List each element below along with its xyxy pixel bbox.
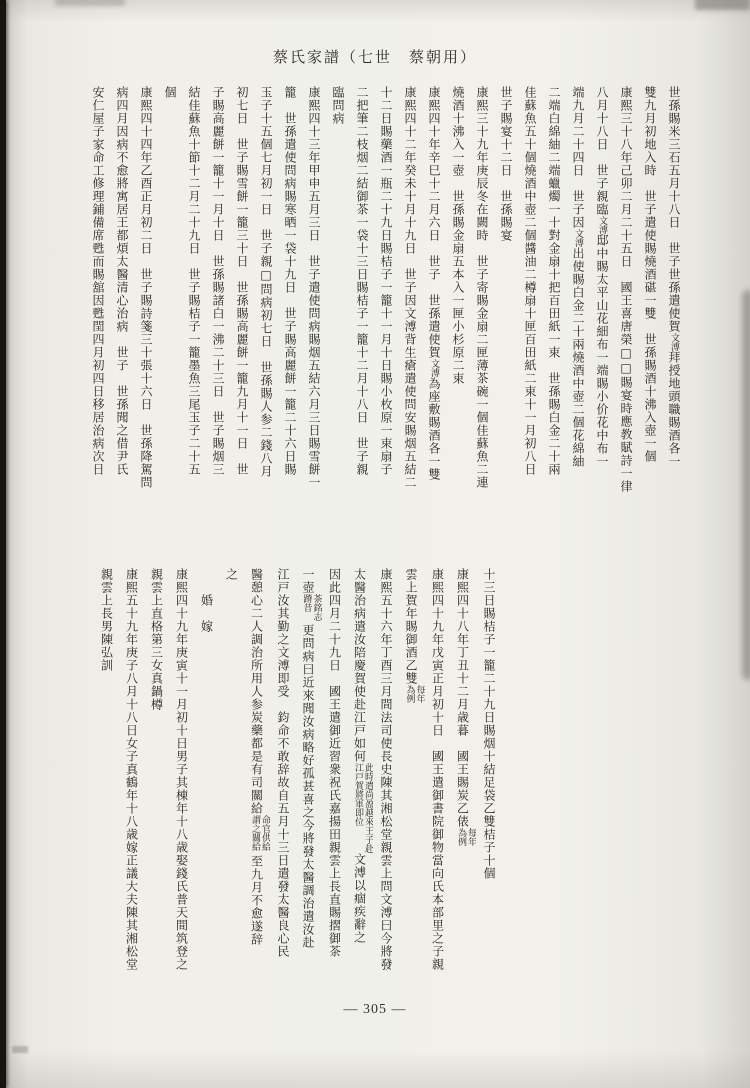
text-run: 十三日賜桔子一籠二十九日賜烟十結足袋乙雙桔子十個 bbox=[482, 568, 496, 880]
text-column: 佳蘇魚五十個燒酒中壺二個醬油二樽扇十匣百田紙二束十一月初八日 bbox=[518, 86, 542, 526]
page-number: — 305 — bbox=[0, 1002, 750, 1018]
text-column: 因此四月二十九日 國王遣御近習衆祝氏嘉揚田親雲上長直賜摺御茶 bbox=[322, 568, 347, 1002]
text-column: 子賜高麗餅一籠十一月十日 世孫賜諸白一沸二十三日 世子賜烟三 bbox=[206, 86, 230, 526]
text-run: 更問病曰近來聞汝病略好孤甚喜之今將發太醫調治遣汝赴 bbox=[301, 624, 315, 949]
text-run: 康熙五十九年庚子八月十八日女子真鶴年十八歳嫁正議大夫陳其湘松堂 bbox=[125, 568, 139, 971]
text-column: 一壺茶銘志蹐昔更問病曰近來聞汝病略好孤甚喜之今將發太醫調治遣汝赴 bbox=[295, 568, 322, 1002]
text-run: 結佳蘇魚十節十二月二十九日 世子賜桔子一籠墨魚三尾玉子二十五 bbox=[187, 86, 201, 476]
text-run: 臨問病 bbox=[331, 86, 345, 125]
text-column: 世子賜宴十二日 世孫賜宴 bbox=[494, 86, 518, 526]
text-run: 親雲上直格第三女真鍋樽 bbox=[150, 568, 164, 711]
text-run: 一壺 bbox=[301, 568, 315, 594]
text-column: 康熙四十年辛巳十二月六日 世子 世孫遣使賀文溥為座敷賜酒各一雙 bbox=[422, 86, 446, 526]
text-column: 江戸汝其勤之文溥即受 鈞命不敢辞故自五月十三日遣發太醫良心民 bbox=[270, 568, 295, 1002]
text-column: 婚 嫁 bbox=[194, 568, 219, 1002]
text-column: 籠 世孫遣使問病賜寒晒一袋十九日 世子賜高麗餅一籠二十六日賜 bbox=[278, 86, 302, 526]
interlinear-name-note: 文溥 bbox=[597, 216, 607, 234]
upper-register: 世孫賜米三石五月十八日 世子世孫遣使賀文溥拜授地頭職賜酒各一雙九月初地入時 世子… bbox=[86, 86, 686, 526]
text-run: 之 bbox=[225, 568, 239, 581]
text-run: 康熙四十九年庚寅十一月初十日男子其棟年十八歳娶錢氏普天間筑登之 bbox=[175, 568, 189, 971]
text-run: 親雲上長男陳弘訓 bbox=[100, 568, 114, 672]
text-run: 文溥以痼疾辭之 bbox=[353, 853, 367, 944]
text-column: 親雲上長男陳弘訓 bbox=[94, 568, 119, 1002]
text-run: 出使賜白金二十兩燒酒中壺二個花綿紬 bbox=[571, 247, 585, 468]
text-column: 太醫治病遣汝陪慶賀使赴江戸如何此時遣尚盈越來王子赴江戸賀將軍即位文溥以痼疾辭之 bbox=[347, 568, 374, 1002]
text-run: 安仁屋子家命工修理鋪備席甦而賜舘因甦閏四月初四日移居治病次日 bbox=[91, 86, 105, 476]
text-column: 康熙四十九年戊寅正月初十日 國王遣御書院御物當向氏本部里之子親 bbox=[425, 568, 450, 1002]
text-column: 初七日 世子賜雪餅一籠三十日 世孫賜高麗餅一籠九月十一日 世 bbox=[230, 86, 254, 526]
text-run: 雙九月初地入時 世子遣使賜燒酒碪一雙 世孫賜酒十沸入壺一個 bbox=[643, 86, 657, 463]
interlinear-name-note: 文溥 bbox=[669, 333, 679, 351]
text-run: 籠 世孫遣使問病賜寒晒一袋十九日 世子賜高麗餅一籠二十六日賜 bbox=[283, 86, 297, 476]
text-column: 醫憩心二人調治所用人参炭藥都是有司關給命官供給謂之關給至九月不愈遂辞 bbox=[244, 568, 271, 1002]
text-column: 臨問病 bbox=[326, 86, 350, 526]
text-column: 康熙五十九年庚子八月十八日女子真鶴年十八歳嫁正議大夫陳其湘松堂 bbox=[119, 568, 144, 1002]
text-column: 親雲上直格第三女真鍋樽 bbox=[144, 568, 169, 1002]
text-run: 燒酒十沸入一壺 世孫賜金扇五本入一匣小杉原二束 bbox=[451, 86, 465, 385]
text-column: 二把筆二枝烟二結御茶一袋十三日賜桔子一籠十二月十八日 世子親 bbox=[350, 86, 374, 526]
text-column: 康熙四十三年甲申五月三日 世子遣使問病賜烟五結六月三日賜雪餅一 bbox=[302, 86, 326, 526]
text-run: 子賜高麗餅一籠十一月十日 世孫賜諸白一沸二十三日 世子賜烟三 bbox=[211, 86, 225, 476]
lower-register: 十三日賜桔子一籠二十九日賜烟十結足袋乙雙桔子十個康熙四十八年丁丑十二月歳暮 國王… bbox=[94, 568, 502, 1002]
text-column: 康熙五十六年丁酉三月間法司使長史陳其湘松堂親雲上問文溥曰今將發 bbox=[373, 568, 398, 1002]
text-column: 世孫賜米三石五月十八日 世子世孫遣使賀文溥拜授地頭職賜酒各一 bbox=[662, 86, 686, 526]
text-run: 病四月因病不愈將寓居王都煩太醫清心治病 世子 世孫聞之借尹氏 bbox=[115, 86, 129, 476]
text-column: 病四月因病不愈將寓居王都煩太醫清心治病 世子 世孫聞之借尹氏 bbox=[110, 86, 134, 526]
text-run: 二把筆二枝烟二結御茶一袋十三日賜桔子一籠十二月十八日 世子親 bbox=[355, 86, 369, 476]
text-run: 康熙四十九年戊寅正月初十日 國王遣御書院御物當向氏本部里之子親 bbox=[431, 568, 445, 971]
scan-artifact-top-right bbox=[695, 0, 750, 10]
text-run: 康熙三十八年己卯二月二十五日 國王喜唐榮□□賜宴時應教賦詩一律 bbox=[619, 86, 633, 493]
text-run: 二端白綿紬二端蠟燭一十對金扇十把百田紙一束 世孫賜白金二十兩 bbox=[547, 86, 561, 476]
text-column: 結佳蘇魚十節十二月二十九日 世子賜桔子一籠墨魚三尾玉子二十五 bbox=[182, 86, 206, 526]
interlinear-note: 每年為例 bbox=[405, 685, 425, 705]
text-column: 康熙三十八年己卯二月二十五日 國王喜唐榮□□賜宴時應教賦詩一律 bbox=[614, 86, 638, 526]
text-column: 二端白綿紬二端蠟燭一十對金扇十把百田紙一束 世孫賜白金二十兩 bbox=[542, 86, 566, 526]
text-column: 康熙三十九年庚辰冬在闕時 世子寄賜金扇二匣薄茶碗一個佳蘇魚二連 bbox=[470, 86, 494, 526]
text-column: 康熙四十八年丁丑十二月歳暮 國王賜炭乙俵每年為例 bbox=[450, 568, 477, 1002]
text-run: 因此四月二十九日 國王遣御近習衆祝氏嘉揚田親雲上長直賜摺御茶 bbox=[328, 568, 342, 958]
scan-artifact-top-left bbox=[55, 0, 125, 6]
text-column: 個 bbox=[158, 86, 182, 526]
interlinear-note: 茶銘志蹐昔 bbox=[302, 594, 322, 624]
text-column: 康熙四十九年庚寅十一月初十日男子其棟年十八歳娶錢氏普天間筑登之 bbox=[169, 568, 194, 1002]
text-run: 康熙四十八年丁丑十二月歳暮 國王賜炭乙俵 bbox=[456, 568, 470, 828]
text-run: 醫憩心二人調治所用人参炭藥都是有司關給 bbox=[250, 568, 264, 815]
text-column: 十二日賜藥酒一瓶二十九日賜桔子一籠十一月十日賜小枚原一束扇子 bbox=[374, 86, 398, 526]
text-column: 燒酒十沸入一壺 世孫賜金扇五本入一匣小杉原二束 bbox=[446, 86, 470, 526]
text-run: 康熙四十四年乙酉正月初二日 世子賜詩箋三十張十六日 世孫降駕問 bbox=[139, 86, 153, 489]
text-run: 拜授地頭職賜酒各一 bbox=[667, 351, 681, 468]
text-run: 為座敷賜酒各一雙 bbox=[427, 377, 441, 481]
text-column: 八月十八日 世子親臨文溥邸中賜太平山花細布一端賜小价花中布一 bbox=[590, 86, 614, 526]
text-run: 雲上賀年賜御酒乙雙 bbox=[404, 568, 418, 685]
page-title: 蔡氏家譜（七世 蔡朝用） bbox=[0, 46, 750, 67]
text-run: 康熙五十六年丁酉三月間法司使長史陳其湘松堂親雲上問文溥曰今將發 bbox=[379, 568, 393, 971]
interlinear-name-note: 文溥 bbox=[429, 359, 439, 377]
text-column: 之 bbox=[219, 568, 244, 1002]
text-column: 康熙四十四年乙酉正月初二日 世子賜詩箋三十張十六日 世孫降駕問 bbox=[134, 86, 158, 526]
text-run: 玉子十五個七月初一日 世子親□問病初七日 世孫賜人参二錢八月 bbox=[259, 86, 273, 478]
text-run: 初七日 世子賜雪餅一籠三十日 世孫賜高麗餅一籠九月十一日 世 bbox=[235, 86, 249, 476]
text-column: 雲上賀年賜御酒乙雙每年為例 bbox=[398, 568, 425, 1002]
text-run: 至九月不愈遂辞 bbox=[250, 855, 264, 946]
text-run: 佳蘇魚五十個燒酒中壺二個醬油二樽扇十匣百田紙二束十一月初八日 bbox=[523, 86, 537, 476]
text-column: 端九月二十四日 世子因文溥出使賜白金二十兩燒酒中壺二個花綿紬 bbox=[566, 86, 590, 526]
text-run: 八月十八日 世子親臨 bbox=[595, 86, 609, 216]
text-run: 太醫治病遣汝陪慶賀使赴江戸如何 bbox=[353, 568, 367, 763]
text-run: 邸中賜太平山花細布一端賜小价花中布一 bbox=[595, 234, 609, 468]
scan-artifact-left-bar bbox=[0, 0, 6, 1088]
text-run: 康熙三十九年庚辰冬在闕時 世子寄賜金扇二匣薄茶碗一個佳蘇魚二連 bbox=[475, 86, 489, 489]
scan-artifact-right-smudge bbox=[742, 290, 750, 680]
text-run: 端九月二十四日 世子因 bbox=[571, 86, 585, 229]
text-column: 十三日賜桔子一籠二十九日賜烟十結足袋乙雙桔子十個 bbox=[476, 568, 501, 1002]
text-run: 康熙四十年辛巳十二月六日 世子 世孫遣使賀 bbox=[427, 86, 441, 359]
interlinear-note: 每年為例 bbox=[456, 828, 476, 848]
text-run: 婚 嫁 bbox=[200, 568, 214, 633]
scan-artifact-bottom-left bbox=[12, 1046, 28, 1053]
text-run: 世子賜宴十二日 世孫賜宴 bbox=[499, 86, 513, 242]
text-run: 康熙四十二年癸未十月十九日 世子因文溥背生瘡遣使問安賜烟五結二 bbox=[403, 86, 417, 489]
text-column: 雙九月初地入時 世子遣使賜燒酒碪一雙 世孫賜酒十沸入壺一個 bbox=[638, 86, 662, 526]
interlinear-note: 命官供給謂之關給 bbox=[250, 815, 270, 855]
text-run: 康熙四十三年甲申五月三日 世子遣使問病賜烟五結六月三日賜雪餅一 bbox=[307, 86, 321, 489]
text-run: 個 bbox=[163, 86, 177, 99]
interlinear-note: 此時遣尚盈越來王子赴江戸賀將軍即位 bbox=[353, 763, 373, 853]
scanned-genealogy-page: 蔡氏家譜（七世 蔡朝用） 世孫賜米三石五月十八日 世子世孫遣使賀文溥拜授地頭職賜… bbox=[0, 0, 750, 1088]
text-run: 十二日賜藥酒一瓶二十九日賜桔子一籠十一月十日賜小枚原一束扇子 bbox=[379, 86, 393, 476]
text-run: 江戸汝其勤之文溥即受 鈞命不敢辞故自五月十三日遣發太醫良心民 bbox=[276, 568, 290, 958]
text-column: 安仁屋子家命工修理鋪備席甦而賜舘因甦閏四月初四日移居治病次日 bbox=[86, 86, 110, 526]
interlinear-name-note: 文溥 bbox=[573, 229, 583, 247]
text-run: 世孫賜米三石五月十八日 世子世孫遣使賀 bbox=[667, 86, 681, 333]
text-column: 玉子十五個七月初一日 世子親□問病初七日 世孫賜人参二錢八月 bbox=[254, 86, 278, 526]
text-column: 康熙四十二年癸未十月十九日 世子因文溥背生瘡遣使問安賜烟五結二 bbox=[398, 86, 422, 526]
